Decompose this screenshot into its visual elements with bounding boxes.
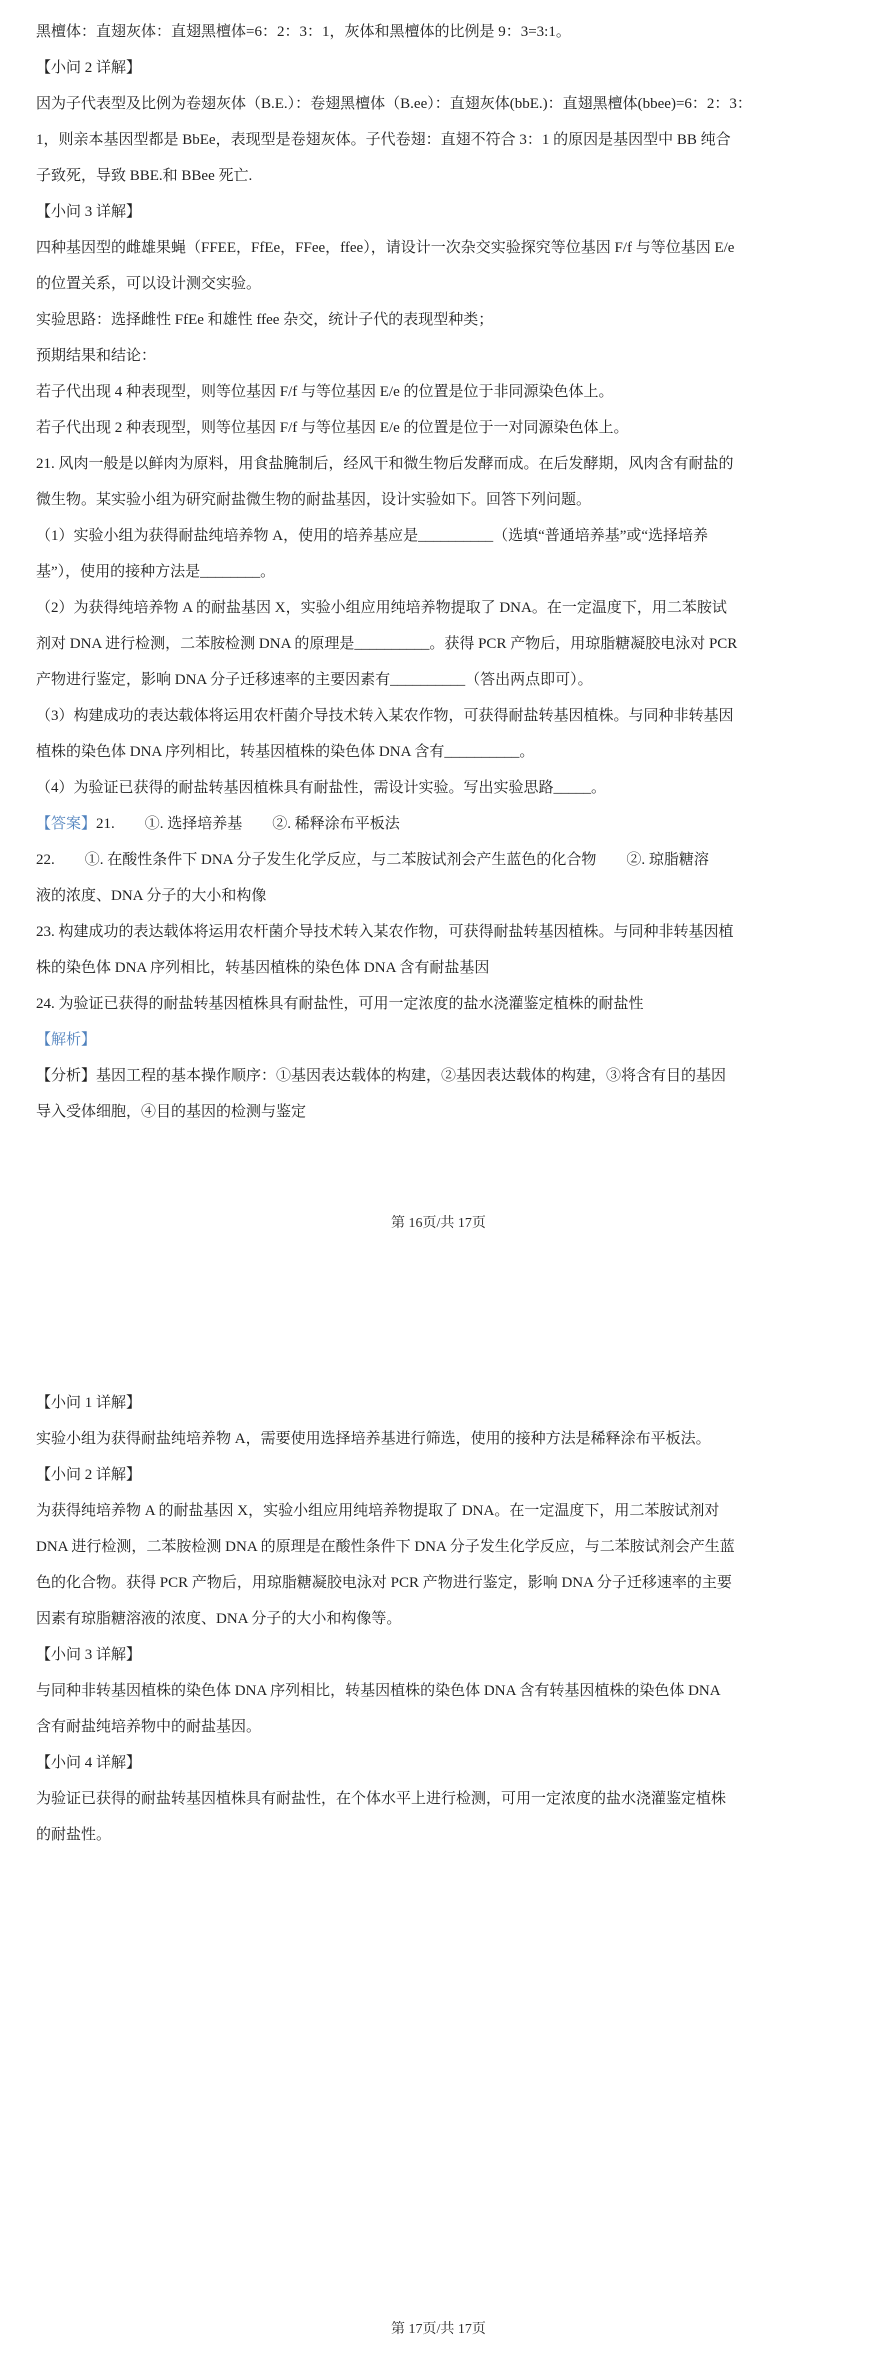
line-text: 实验思路：选择雌性 FfEe 和雄性 ffee 杂交，统计子代的表现型种类； bbox=[36, 312, 493, 328]
document-page-17: 【小问 1 详解】 实验小组为获得耐盐纯培养物 A，需要使用选择培养基进行筛选，… bbox=[0, 1385, 877, 2348]
line-text: 为获得纯培养物 A 的耐盐基因 X，实验小组应用纯培养物提取了 DNA。在一定温… bbox=[36, 1503, 719, 1519]
line-text: 株的染色体 DNA 序列相比，转基因植株的染色体 DNA 含有耐盐基因 bbox=[36, 960, 489, 976]
document-line: 为验证已获得的耐盐转基因植株具有耐盐性，在个体水平上进行检测，可用一定浓度的盐水… bbox=[36, 1781, 847, 1817]
line-text: 若子代出现 2 种表现型，则等位基因 F/f 与等位基因 E/e 的位置是位于一… bbox=[36, 420, 629, 436]
line-text: 产物进行鉴定，影响 DNA 分子迁移速率的主要因素有__________（答出两… bbox=[36, 672, 593, 688]
line-text: （3）构建成功的表达载体将运用农杆菌介导技术转入某农作物，可获得耐盐转基因植株。… bbox=[36, 708, 734, 724]
line-text: 【小问 2 详解】 bbox=[36, 60, 141, 76]
document-line: 预期结果和结论： bbox=[36, 338, 847, 374]
document-line: DNA 进行检测，二苯胺检测 DNA 的原理是在酸性条件下 DNA 分子发生化学… bbox=[36, 1529, 847, 1565]
line-text: 【小问 3 详解】 bbox=[36, 204, 141, 220]
page-17-content: 【小问 1 详解】 实验小组为获得耐盐纯培养物 A，需要使用选择培养基进行筛选，… bbox=[0, 1385, 877, 1853]
line-text: 预期结果和结论： bbox=[36, 348, 156, 364]
line-text: 21. 风肉一般是以鲜肉为原料，用食盐腌制后，经风干和微生物后发酵而成。在后发酵… bbox=[36, 456, 734, 472]
document-line: 【小问 1 详解】 bbox=[36, 1385, 847, 1421]
line-text: 剂对 DNA 进行检测，二苯胺检测 DNA 的原理是__________。获得 … bbox=[36, 636, 737, 652]
line-text: 导入受体细胞，④目的基因的检测与鉴定 bbox=[36, 1104, 306, 1120]
document-line: 含有耐盐纯培养物中的耐盐基因。 bbox=[36, 1709, 847, 1745]
document-line: 四种基因型的雌雄果蝇（FFEE，FfEe，FFee，ffee），请设计一次杂交实… bbox=[36, 230, 847, 266]
line-text: 含有耐盐纯培养物中的耐盐基因。 bbox=[36, 1719, 261, 1735]
document-line: （1）实验小组为获得耐盐纯培养物 A，使用的培养基应是__________（选填… bbox=[36, 518, 847, 554]
document-line: 色的化合物。获得 PCR 产物后，用琼脂糖凝胶电泳对 PCR 产物进行鉴定，影响… bbox=[36, 1565, 847, 1601]
document-line: 23. 构建成功的表达载体将运用农杆菌介导技术转入某农作物，可获得耐盐转基因植株… bbox=[36, 914, 847, 950]
document-line: 与同种非转基因植株的染色体 DNA 序列相比，转基因植株的染色体 DNA 含有转… bbox=[36, 1673, 847, 1709]
line-text: 【小问 1 详解】 bbox=[36, 1395, 141, 1411]
document-line: 【小问 2 详解】 bbox=[36, 1457, 847, 1493]
document-line: 株的染色体 DNA 序列相比，转基因植株的染色体 DNA 含有耐盐基因 bbox=[36, 950, 847, 986]
line-text: 【小问 3 详解】 bbox=[36, 1647, 141, 1663]
document-line: 基”），使用的接种方法是________。 bbox=[36, 554, 847, 590]
document-line: 24. 为验证已获得的耐盐转基因植株具有耐盐性，可用一定浓度的盐水浇灌鉴定植株的… bbox=[36, 986, 847, 1022]
document-line: 22. ①. 在酸性条件下 DNA 分子发生化学反应，与二苯胺试剂会产生蓝色的化… bbox=[36, 842, 847, 878]
line-text: 微生物。某实验小组为研究耐盐微生物的耐盐基因，设计实验如下。回答下列问题。 bbox=[36, 492, 591, 508]
document-line: 的耐盐性。 bbox=[36, 1817, 847, 1853]
page-16-content: 黑檀体：直翅灰体：直翅黑檀体=6：2：3：1，灰体和黑檀体的比例是 9：3=3:… bbox=[0, 0, 877, 1130]
document-line: （2）为获得纯培养物 A 的耐盐基因 X，实验小组应用纯培养物提取了 DNA。在… bbox=[36, 590, 847, 626]
document-line: 【小问 3 详解】 bbox=[36, 1637, 847, 1673]
document-line: 【解析】 bbox=[36, 1022, 847, 1058]
document-line: 实验思路：选择雌性 FfEe 和雄性 ffee 杂交，统计子代的表现型种类； bbox=[36, 302, 847, 338]
document-line: 植株的染色体 DNA 序列相比，转基因植株的染色体 DNA 含有________… bbox=[36, 734, 847, 770]
line-text: 液的浓度、DNA 分子的大小和构像 bbox=[36, 888, 266, 904]
line-text: （4）为验证已获得的耐盐转基因植株具有耐盐性，需设计实验。写出实验思路_____… bbox=[36, 780, 606, 796]
line-text: 的位置关系，可以设计测交实验。 bbox=[36, 276, 261, 292]
document-line: 为获得纯培养物 A 的耐盐基因 X，实验小组应用纯培养物提取了 DNA。在一定温… bbox=[36, 1493, 847, 1529]
line-text: 植株的染色体 DNA 序列相比，转基因植株的染色体 DNA 含有________… bbox=[36, 744, 534, 760]
document-line: 【答案】21. ①. 选择培养基 ②. 稀释涂布平板法 bbox=[36, 806, 847, 842]
page-footer: 第 17页/共 17页 bbox=[0, 2312, 877, 2348]
line-text: 子致死，导致 BBE.和 BBee 死亡. bbox=[36, 168, 252, 184]
document-line: 导入受体细胞，④目的基因的检测与鉴定 bbox=[36, 1094, 847, 1130]
line-text: 【分析】基因工程的基本操作顺序：①基因表达载体的构建，②基因表达载体的构建，③将… bbox=[36, 1068, 726, 1084]
line-text: 23. 构建成功的表达载体将运用农杆菌介导技术转入某农作物，可获得耐盐转基因植株… bbox=[36, 924, 734, 940]
line-text: （2）为获得纯培养物 A 的耐盐基因 X，实验小组应用纯培养物提取了 DNA。在… bbox=[36, 600, 727, 616]
document-line: 的位置关系，可以设计测交实验。 bbox=[36, 266, 847, 302]
line-text: 四种基因型的雌雄果蝇（FFEE，FfEe，FFee，ffee），请设计一次杂交实… bbox=[36, 240, 734, 256]
document-line: 若子代出现 2 种表现型，则等位基因 F/f 与等位基因 E/e 的位置是位于一… bbox=[36, 410, 847, 446]
line-text: 若子代出现 4 种表现型，则等位基因 F/f 与等位基因 E/e 的位置是位于非… bbox=[36, 384, 614, 400]
page-footer: 第 16页/共 17页 bbox=[0, 1206, 877, 1242]
document-line: （4）为验证已获得的耐盐转基因植株具有耐盐性，需设计实验。写出实验思路_____… bbox=[36, 770, 847, 806]
line-text: 22. ①. 在酸性条件下 DNA 分子发生化学反应，与二苯胺试剂会产生蓝色的化… bbox=[36, 852, 709, 868]
document-line: 剂对 DNA 进行检测，二苯胺检测 DNA 的原理是__________。获得 … bbox=[36, 626, 847, 662]
document-line: 【小问 3 详解】 bbox=[36, 194, 847, 230]
document-line: 因为子代表型及比例为卷翅灰体（B.E.）：卷翅黑檀体（B.ee）：直翅灰体(bb… bbox=[36, 86, 847, 122]
line-text: 实验小组为获得耐盐纯培养物 A，需要使用选择培养基进行筛选，使用的接种方法是稀释… bbox=[36, 1431, 711, 1447]
line-text: 1，则亲本基因型都是 BbEe，表现型是卷翅灰体。子代卷翅：直翅不符合 3：1 … bbox=[36, 132, 731, 148]
line-text: 色的化合物。获得 PCR 产物后，用琼脂糖凝胶电泳对 PCR 产物进行鉴定，影响… bbox=[36, 1575, 732, 1591]
section-label: 【解析】 bbox=[36, 1032, 96, 1048]
document-line: （3）构建成功的表达载体将运用农杆菌介导技术转入某农作物，可获得耐盐转基因植株。… bbox=[36, 698, 847, 734]
document-line: 若子代出现 4 种表现型，则等位基因 F/f 与等位基因 E/e 的位置是位于非… bbox=[36, 374, 847, 410]
document-line: 液的浓度、DNA 分子的大小和构像 bbox=[36, 878, 847, 914]
document-line: 【分析】基因工程的基本操作顺序：①基因表达载体的构建，②基因表达载体的构建，③将… bbox=[36, 1058, 847, 1094]
line-text: DNA 进行检测，二苯胺检测 DNA 的原理是在酸性条件下 DNA 分子发生化学… bbox=[36, 1539, 735, 1555]
document-line: 【小问 4 详解】 bbox=[36, 1745, 847, 1781]
document-line: 子致死，导致 BBE.和 BBee 死亡. bbox=[36, 158, 847, 194]
document-page-16: 黑檀体：直翅灰体：直翅黑檀体=6：2：3：1，灰体和黑檀体的比例是 9：3=3:… bbox=[0, 0, 877, 1242]
document-line: 产物进行鉴定，影响 DNA 分子迁移速率的主要因素有__________（答出两… bbox=[36, 662, 847, 698]
document-line: 【小问 2 详解】 bbox=[36, 50, 847, 86]
section-label: 【答案】 bbox=[36, 816, 96, 832]
document-line: 微生物。某实验小组为研究耐盐微生物的耐盐基因，设计实验如下。回答下列问题。 bbox=[36, 482, 847, 518]
line-text: 【小问 2 详解】 bbox=[36, 1467, 141, 1483]
line-text: 与同种非转基因植株的染色体 DNA 序列相比，转基因植株的染色体 DNA 含有转… bbox=[36, 1683, 721, 1699]
line-text: 因素有琼脂糖溶液的浓度、DNA 分子的大小和构像等。 bbox=[36, 1611, 401, 1627]
line-text: 基”），使用的接种方法是________。 bbox=[36, 564, 275, 580]
line-text: 24. 为验证已获得的耐盐转基因植株具有耐盐性，可用一定浓度的盐水浇灌鉴定植株的… bbox=[36, 996, 644, 1012]
line-text: 21. ①. 选择培养基 ②. 稀释涂布平板法 bbox=[96, 816, 400, 832]
line-text: 的耐盐性。 bbox=[36, 1827, 111, 1843]
document-line: 实验小组为获得耐盐纯培养物 A，需要使用选择培养基进行筛选，使用的接种方法是稀释… bbox=[36, 1421, 847, 1457]
line-text: 黑檀体：直翅灰体：直翅黑檀体=6：2：3：1，灰体和黑檀体的比例是 9：3=3:… bbox=[36, 24, 571, 40]
line-text: 为验证已获得的耐盐转基因植株具有耐盐性，在个体水平上进行检测，可用一定浓度的盐水… bbox=[36, 1791, 726, 1807]
document-line: 21. 风肉一般是以鲜肉为原料，用食盐腌制后，经风干和微生物后发酵而成。在后发酵… bbox=[36, 446, 847, 482]
document-line: 1，则亲本基因型都是 BbEe，表现型是卷翅灰体。子代卷翅：直翅不符合 3：1 … bbox=[36, 122, 847, 158]
line-text: （1）实验小组为获得耐盐纯培养物 A，使用的培养基应是__________（选填… bbox=[36, 528, 708, 544]
line-text: 【小问 4 详解】 bbox=[36, 1755, 141, 1771]
document-line: 因素有琼脂糖溶液的浓度、DNA 分子的大小和构像等。 bbox=[36, 1601, 847, 1637]
document-line: 黑檀体：直翅灰体：直翅黑檀体=6：2：3：1，灰体和黑檀体的比例是 9：3=3:… bbox=[36, 14, 847, 50]
line-text: 因为子代表型及比例为卷翅灰体（B.E.）：卷翅黑檀体（B.ee）：直翅灰体(bb… bbox=[36, 96, 752, 112]
